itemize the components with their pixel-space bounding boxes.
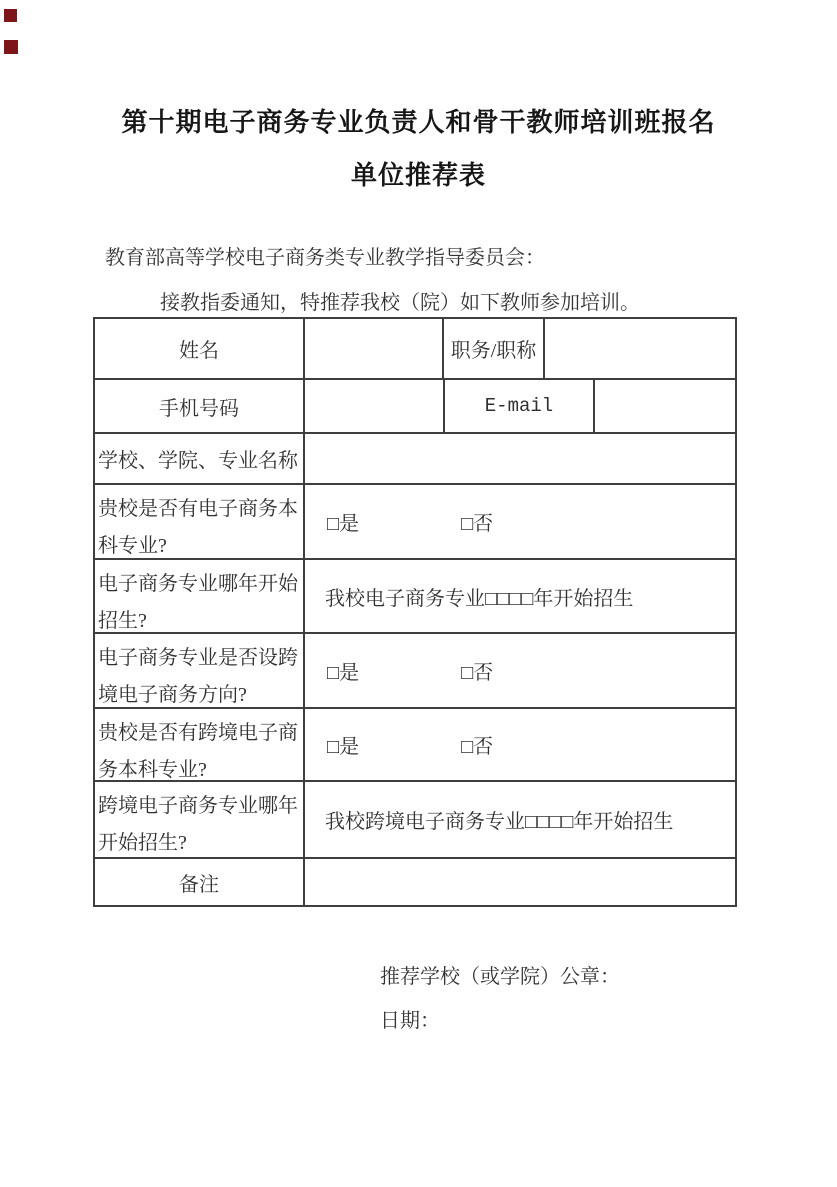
seal-label: 推荐学校（或学院）公章： [380,960,620,989]
has-crossborder-major-options-cell: □是 □否 [303,709,735,780]
table-row-has-crossborder-direction: 电子商务专业是否设跨境电子商务方向? □是 □否 [95,632,735,707]
position-title-input-cell[interactable] [543,319,735,378]
table-row-has-ecommerce-major: 贵校是否有电子商务本科专业? □是 □否 [95,483,735,558]
has-ecommerce-major-label-cell: 贵校是否有电子商务本科专业? [95,485,303,558]
table-row-school-name: 学校、学院、专业名称 [95,432,735,483]
corner-mark-2 [4,40,18,54]
salutation-line: 教育部高等学校电子商务类专业教学指导委员会： [105,241,545,270]
school-name-label-cell: 学校、学院、专业名称 [95,434,303,483]
date-label: 日期： [380,1004,440,1033]
table-row-name-title: 姓名 职务/职称 [95,319,735,378]
phone-input-cell[interactable] [303,380,443,432]
recommendation-table: 姓名 职务/职称 手机号码 E-mail 学校、学院、专业名称 贵校是否有电子商… [93,317,737,907]
has-crossborder-direction-label-cell: 电子商务专业是否设跨境电子商务方向? [95,634,303,707]
ecommerce-start-year-value-cell[interactable]: 我校电子商务专业□□□□年开始招生 [303,560,735,632]
has-ecommerce-major-options-cell: □是 □否 [303,485,735,558]
table-row-ecommerce-start-year: 电子商务专业哪年开始招生? 我校电子商务专业□□□□年开始招生 [95,558,735,632]
table-row-has-crossborder-major: 贵校是否有跨境电子商务本科专业? □是 □否 [95,707,735,780]
name-input-cell[interactable] [303,319,442,378]
has-crossborder-major-label-cell: 贵校是否有跨境电子商务本科专业? [95,709,303,780]
ecommerce-start-year-label-cell: 电子商务专业哪年开始招生? [95,560,303,632]
no-checkbox-option[interactable]: □否 [461,656,493,685]
table-row-crossborder-start-year: 跨境电子商务专业哪年开始招生? 我校跨境电子商务专业□□□□年开始招生 [95,780,735,857]
email-label-cell: E-mail [443,380,593,432]
form-title-line1: 第十期电子商务专业负责人和骨干教师培训班报名 [0,102,837,139]
crossborder-start-year-label-cell: 跨境电子商务专业哪年开始招生? [95,782,303,857]
email-input-cell[interactable] [593,380,735,432]
table-row-remarks: 备注 [95,857,735,905]
yes-checkbox-option[interactable]: □是 [327,507,359,536]
yes-checkbox-option[interactable]: □是 [327,656,359,685]
position-title-label-cell: 职务/职称 [442,319,543,378]
school-name-input-cell[interactable] [303,434,735,483]
corner-mark-1 [4,9,17,22]
remarks-input-cell[interactable] [303,859,735,905]
intro-line: 接教指委通知，特推荐我校（院）如下教师参加培训。 [160,286,640,315]
name-label-cell: 姓名 [95,319,303,378]
remarks-label-cell: 备注 [95,859,303,905]
no-checkbox-option[interactable]: □否 [461,730,493,759]
recommendation-form-page: 第十期电子商务专业负责人和骨干教师培训班报名 单位推荐表 教育部高等学校电子商务… [0,0,837,1187]
table-row-phone-email: 手机号码 E-mail [95,378,735,432]
crossborder-start-year-value-cell[interactable]: 我校跨境电子商务专业□□□□年开始招生 [303,782,735,857]
form-title-line2: 单位推荐表 [0,155,837,192]
yes-checkbox-option[interactable]: □是 [327,730,359,759]
phone-label-cell: 手机号码 [95,380,303,432]
has-crossborder-direction-options-cell: □是 □否 [303,634,735,707]
no-checkbox-option[interactable]: □否 [461,507,493,536]
